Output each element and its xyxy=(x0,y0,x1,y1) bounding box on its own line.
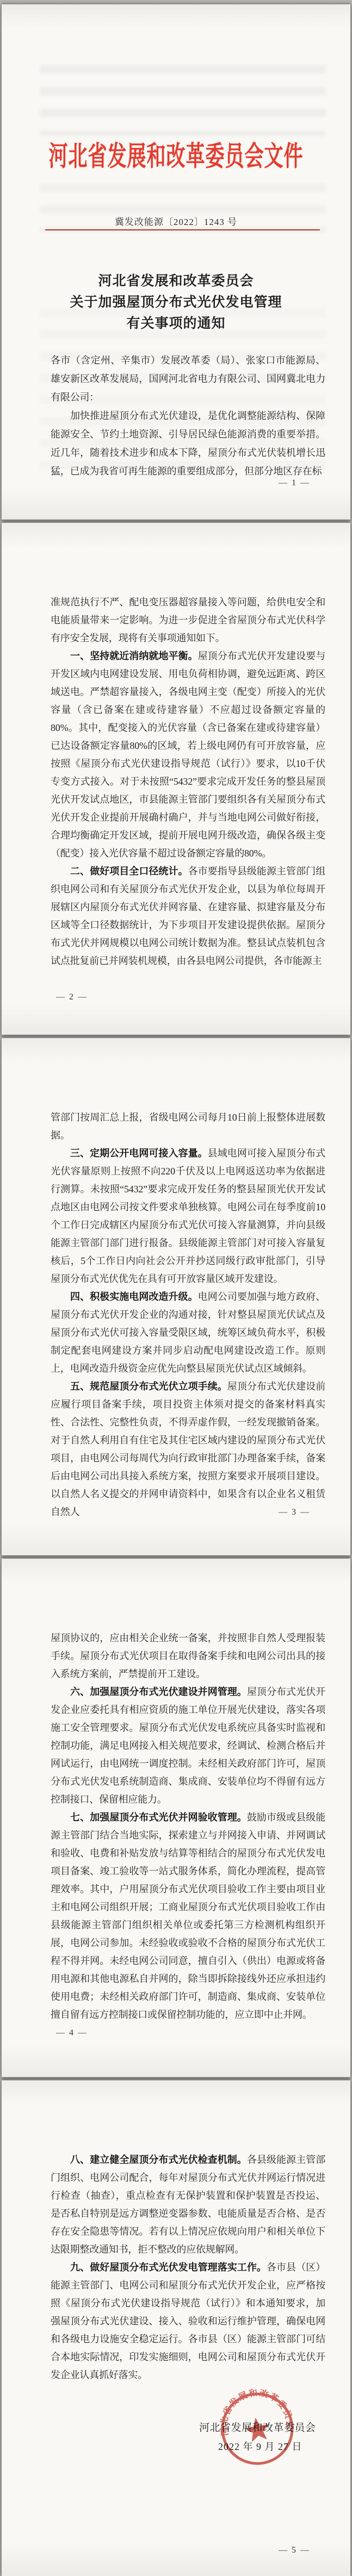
paragraph: 四、积极实施电网改造升级。电网公司要加强与地方政府、屋顶分布式光伏开发企业的沟通… xyxy=(51,1288,325,1378)
section-heading: 三、定期公开电网可接入容量。 xyxy=(70,1148,208,1159)
page-number: — 1 — xyxy=(279,478,310,488)
document-page-4: 屋顶协议的，应由相关企业统一备案，并按照非自然人受理报装手续。屋顶分布式光伏项目… xyxy=(2,1559,350,2077)
document-title-line: 有关事项的通知 xyxy=(2,313,350,334)
page-number: — 5 — xyxy=(279,2546,310,2555)
paragraph-text: 管部门按周汇总上报，省级电网公司每月10日前上报整体进展数据。 xyxy=(51,1112,325,1141)
section-heading: 一、坚持就近消纳就地平衡。 xyxy=(70,651,198,661)
paragraph-text: 各市（含定州、辛集市）发展改革委（局）、张家口市能源局、雄安新区改革发展局，国网… xyxy=(51,355,325,403)
paragraph-text: 各县级能源主管部门组织、电网公司配合，每年对屋顶分布式光伏并网运行情况进行检查（… xyxy=(51,2154,325,2255)
scanned-document: 河北省发展和改革委员会文件 冀发改能源〔2022〕1243 号 河北省发展和改革… xyxy=(0,0,352,2576)
section-heading: 二、做好项目全口径统计。 xyxy=(70,866,188,877)
paragraph-text: 屋顶分布式光伏开发建设要与开发区域内电网建设发展、用电负荷相协调，避免远距离、跨… xyxy=(51,651,325,859)
document-page-3: 管部门按周汇总上报，省级电网公司每月10日前上报整体进展数据。三、定期公开电网可… xyxy=(2,1038,350,1555)
paragraph-text: 屋顶分布式光伏建设前应履行项目备案手续，项目投资主体须对提交的备案材料真实性、合… xyxy=(51,1381,325,1517)
paragraph: 管部门按周汇总上报，省级电网公司每月10日前上报整体进展数据。 xyxy=(51,1109,325,1145)
paragraph: 屋顶协议的，应由相关企业统一备案，并按照非自然人受理报装手续。屋顶分布式光伏项目… xyxy=(51,1629,325,1683)
paragraph: 加快推进屋顶分布式光伏建设，是优化调整能源结构、保障能源安全、节约土地资源、引导… xyxy=(51,407,325,480)
page-number: — 4 — xyxy=(56,2028,88,2038)
paragraph-text: 加快推进屋顶分布式光伏建设，是优化调整能源结构、保障能源安全、节约土地资源、引导… xyxy=(51,410,325,477)
document-number: 冀发改能源〔2022〕1243 号 xyxy=(2,214,350,228)
paragraph: 六、加强屋顶分布式光伏建设并网管理。屋顶分布式光伏开发企业应委托具有相应资质的施… xyxy=(51,1683,325,1809)
page-body-text: 管部门按周汇总上报，省级电网公司每月10日前上报整体进展数据。三、定期公开电网可… xyxy=(51,1109,325,1521)
agency-red-banner: 河北省发展和改革委员会文件 xyxy=(2,135,350,174)
section-heading: 九、做好屋顶分布式光伏发电管理落实工作。 xyxy=(70,2262,267,2273)
paragraph-text: 电网公司要加强与地方政府、屋顶分布式光伏开发企业的沟通对接，针对整县屋顶光伏试点… xyxy=(51,1291,325,1374)
document-page-5: 八、建立健全屋顶分布式光伏检查机制。各县级能源主管部门组织、电网公司配合，每年对… xyxy=(2,2080,350,2576)
paragraph-text: 屋顶协议的，应由相关企业统一备案，并按照非自然人受理报装手续。屋顶分布式光伏项目… xyxy=(51,1633,325,1679)
document-page-2: 准规范执行不严、配电变压器超容量接入等问题，给供电安全和电能质量带来一定影响。为… xyxy=(2,523,350,1035)
red-divider-rule xyxy=(45,229,320,230)
paragraph: 三、定期公开电网可接入容量。县域电网可接入屋顶分布式光伏容量原则上按照不向220… xyxy=(51,1145,325,1288)
issuer-signature: 河北省发展和改革委员会 xyxy=(199,2419,316,2434)
document-title-line: 河北省发展和改革委员会 xyxy=(2,271,350,292)
section-heading: 六、加强屋顶分布式光伏建设并网管理。 xyxy=(70,1686,247,1697)
section-heading: 七、加强屋顶分布式光伏并网验收管理。 xyxy=(70,1812,247,1823)
paragraph: 一、坚持就近消纳就地平衡。屋顶分布式光伏开发建设要与开发区域内电网建设发展、用电… xyxy=(51,647,325,862)
page-number: — 3 — xyxy=(279,1508,310,1517)
paragraph: 五、规范屋顶分布式光伏立项手续。屋顶分布式光伏建设前应履行项目备案手续，项目投资… xyxy=(51,1378,325,1521)
issue-date: 2022 年 9 月 27 日 xyxy=(218,2439,302,2453)
paragraph: 八、建立健全屋顶分布式光伏检查机制。各县级能源主管部门组织、电网公司配合，每年对… xyxy=(51,2151,325,2259)
paragraph: 各市（含定州、辛集市）发展改革委（局）、张家口市能源局、雄安新区改革发展局，国网… xyxy=(51,351,325,407)
paragraph-text: 各市县（区）能源主管部门、电网公司和屋顶分布式光伏开发企业，应严格按照《屋顶分布… xyxy=(51,2262,325,2380)
page-number: — 2 — xyxy=(56,992,88,1002)
paragraph-text: 鼓励市级或县级能源主管部门结合当地实际，探索建立与并网接入申请、并网调试和验收、… xyxy=(51,1812,325,2020)
paragraph: 准规范执行不严、配电变压器超容量接入等问题，给供电安全和电能质量带来一定影响。为… xyxy=(51,593,325,647)
paragraph-text: 准规范执行不严、配电变压器超容量接入等问题，给供电安全和电能质量带来一定影响。为… xyxy=(51,597,325,643)
page-body-text: 准规范执行不严、配电变压器超容量接入等问题，给供电安全和电能质量带来一定影响。为… xyxy=(51,593,325,970)
paragraph-text: 县域电网可接入屋顶分布式光伏容量原则上按照不向220千伏及以上电网返送功率为依据… xyxy=(51,1148,325,1284)
page-body-text: 各市（含定州、辛集市）发展改革委（局）、张家口市能源局、雄安新区改革发展局，国网… xyxy=(51,351,325,480)
section-heading: 五、规范屋顶分布式光伏立项手续。 xyxy=(70,1381,227,1392)
paragraph-text: 各市要指导县级能源主管部门组织电网公司和有关屋顶分布式光伏开发企业，以县为单位每… xyxy=(51,866,325,966)
document-page-1: 河北省发展和改革委员会文件 冀发改能源〔2022〕1243 号 河北省发展和改革… xyxy=(2,4,350,520)
section-heading: 四、积极实施电网改造升级。 xyxy=(70,1291,198,1302)
document-title: 河北省发展和改革委员会 关于加强屋顶分布式光伏发电管理 有关事项的通知 xyxy=(2,271,350,334)
page-body-text: 八、建立健全屋顶分布式光伏检查机制。各县级能源主管部门组织、电网公司配合，每年对… xyxy=(51,2151,325,2384)
section-heading: 八、建立健全屋顶分布式光伏检查机制。 xyxy=(70,2154,247,2165)
ink-bleedthrough xyxy=(40,65,326,136)
paragraph: 九、做好屋顶分布式光伏发电管理落实工作。各市县（区）能源主管部门、电网公司和屋顶… xyxy=(51,2259,325,2384)
paragraph: 二、做好项目全口径统计。各市要指导县级能源主管部门组织电网公司和有关屋顶分布式光… xyxy=(51,862,325,970)
page-body-text: 屋顶协议的，应由相关企业统一备案，并按照非自然人受理报装手续。屋顶分布式光伏项目… xyxy=(51,1629,325,2024)
document-title-line: 关于加强屋顶分布式光伏发电管理 xyxy=(2,292,350,313)
paragraph-text: 屋顶分布式光伏开发企业应委托具有相应资质的施工单位开展光伏建设，落实各项施工安全… xyxy=(51,1686,325,1805)
paragraph: 七、加强屋顶分布式光伏并网验收管理。鼓励市级或县级能源主管部门结合当地实际，探索… xyxy=(51,1809,325,2024)
